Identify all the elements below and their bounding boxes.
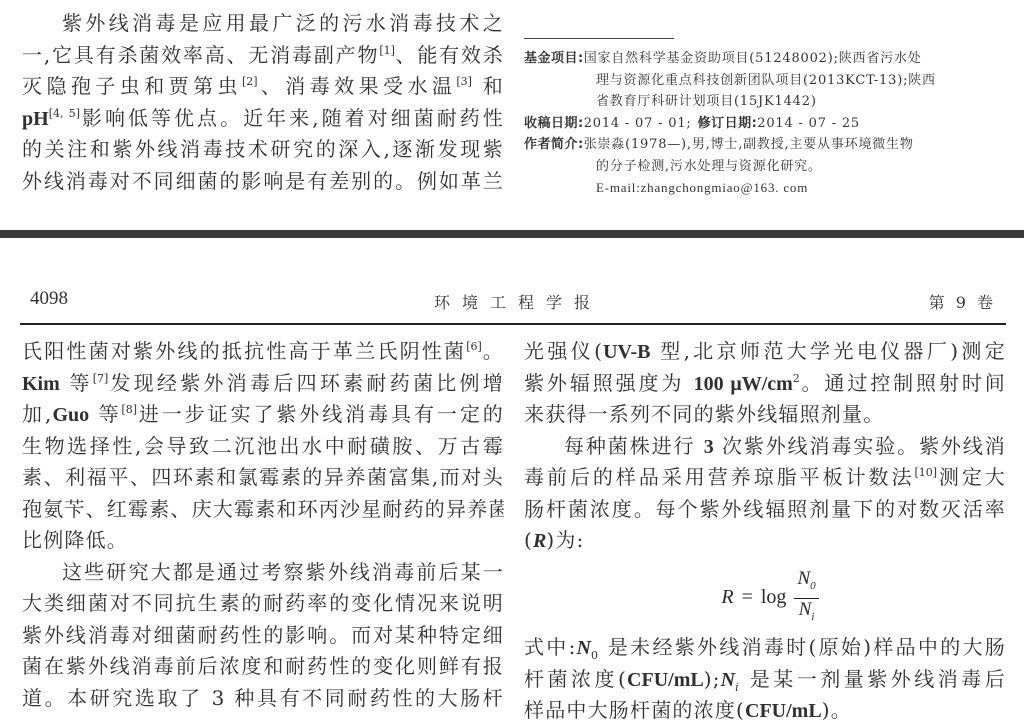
paragraph-line: 比例降低。 (22, 525, 504, 557)
current-page: 4098 环境工程学报 第 9 卷 氏阳性菌对紫外线的抵抗性高于革兰氏阴性菌[6… (0, 238, 1024, 728)
fund-line: 省教育厅科研计划项目(15JK1442) (524, 91, 1014, 113)
irradiance-value: 100 μW/cm (694, 373, 793, 395)
text-run: 影响低等优点。近年来,随着对细菌耐药性 (80, 106, 504, 130)
math-subscript: 0 (810, 580, 816, 592)
text-run: 光强仪( (524, 339, 603, 363)
citation-ref: [3] (456, 75, 472, 88)
text-run: ( (524, 528, 533, 552)
author-name: Guo (53, 404, 90, 426)
math-variable: N (797, 568, 810, 589)
fraction-numerator: N0 (794, 568, 818, 599)
author-line: 张崇淼(1978—),男,博士,副教授,主要从事环境微生物 (584, 134, 914, 156)
paragraph-line: 素、利福平、四环素和氯霉素的异养菌富集,而对头 (22, 462, 504, 494)
fund-label: 基金项目: (524, 48, 584, 70)
paragraph-line: 式中:N0 是未经紫外线消毒时(原始)样品中的大肠 (524, 632, 1006, 664)
unit-label: CFU/mL (745, 700, 822, 722)
previous-page-fragment: 紫外线消毒是应用最广泛的污水消毒技术之 一,它具有杀菌效率高、无消毒副产物[1]… (0, 0, 1024, 230)
dates-row: 收稿日期: 2014 - 07 - 01; 修订日期: 2014 - 07 - … (524, 113, 1014, 135)
paragraph-line: 杆菌浓度(CFU/mL);Ni 是某一剂量紫外线消毒后 (524, 664, 1006, 696)
footnote-rule (524, 38, 674, 39)
instrument-model: UV-B (603, 341, 650, 363)
text-run: 等 (60, 371, 93, 395)
math-subscript: 0 (591, 649, 599, 662)
paragraph-line: 灭隐孢子虫和贾第虫[2]、消毒效果受水温[3] 和 (22, 71, 504, 103)
body-left-column: 氏阳性菌对紫外线的抵抗性高于革兰氏阴性菌[6]。 Kim 等[7]发现经紫外消毒… (22, 336, 504, 714)
unit-label: CFU/mL (627, 669, 704, 691)
paragraph-line: 这些研究大都是通过考察紫外线消毒前后某一 (22, 557, 504, 589)
citation-ref: [8] (121, 403, 137, 416)
formula-equals: = (742, 586, 753, 609)
text-run: 杆菌浓度( (524, 667, 627, 691)
count-value: 3 (704, 436, 714, 458)
paragraph-line: Kim 等[7]发现经紫外消毒后四环素耐药菌比例增 (22, 368, 504, 400)
paragraph-line: 氏阳性菌对紫外线的抵抗性高于革兰氏阴性菌[6]。 (22, 336, 504, 368)
volume-label: 第 9 卷 (929, 290, 996, 313)
paragraph-line: 每种菌株进行 3 次紫外线消毒实验。紫外线消 (524, 431, 1006, 463)
text-run: 式中: (524, 635, 577, 659)
paragraph-line: 紫外线消毒对细菌耐药性的影响。而对某种特定细 (22, 620, 504, 652)
paragraph-line: 生物选择性,会导致二沉池出水中耐磺胺、万古霉 (22, 431, 504, 463)
paragraph-line: pH[4, 5]影响低等优点。近年来,随着对细菌耐药性 (22, 103, 504, 135)
fund-line: 理与资源化重点科技创新团队项目(2013KCT-13);陕西 (524, 70, 1014, 92)
author-name: Kim (22, 373, 60, 395)
page-separator (0, 230, 1024, 238)
received-label: 收稿日期: (524, 113, 584, 135)
text-run: 加, (22, 402, 53, 426)
citation-ref: [4, 5] (49, 107, 80, 120)
paragraph-line: 的关注和紫外线消毒技术研究的深入,逐渐发现紫 (22, 134, 504, 166)
text-run: 次紫外线消毒实验。紫外线消 (714, 434, 1006, 458)
text-run: 氏阳性菌对紫外线的抵抗性高于革兰氏阴性菌 (22, 339, 466, 363)
formula-log: log (761, 586, 787, 609)
text-run: 每种菌株进行 (564, 434, 704, 458)
log-inactivation-formula: R = log N0 Ni (524, 568, 1006, 628)
citation-ref: [10] (914, 466, 937, 479)
footnote-block: 基金项目: 国家自然科学基金资助项目(51248002);陕西省污水处 理与资源… (524, 48, 1014, 199)
formula-lhs: R (721, 586, 733, 609)
text-run: 紫外辐照强度为 (524, 371, 694, 395)
text-run: 毒前后的样品采用营养琼脂平板计数法 (524, 465, 914, 489)
paragraph-line: 紫外线消毒是应用最广泛的污水消毒技术之 (22, 8, 504, 40)
citation-ref: [1] (379, 44, 395, 57)
paragraph-line: 加,Guo 等[8]进一步证实了紫外线消毒具有一定的 (22, 399, 504, 431)
text-run: 是某一剂量紫外线消毒后 (740, 667, 1006, 691)
math-variable: N (721, 669, 735, 691)
top-left-column: 紫外线消毒是应用最广泛的污水消毒技术之 一,它具有杀菌效率高、无消毒副产物[1]… (22, 8, 504, 197)
paragraph-line: 菌在紫外线消毒前后浓度和耐药性的变化则鲜有报 (22, 651, 504, 683)
paragraph-line: 外线消毒对不同细菌的影响是有差别的。例如革兰 (22, 166, 504, 198)
paragraph-line: 肠杆菌浓度。每个紫外线辐照剂量下的对数灭活率 (524, 494, 1006, 526)
paragraph-line: 毒前后的样品采用营养琼脂平板计数法[10]测定大 (524, 462, 1006, 494)
text-run: 测定大 (937, 465, 1006, 489)
citation-ref: [6] (466, 340, 482, 353)
text-run: 发现经紫外消毒后四环素耐药菌比例增 (108, 371, 504, 395)
revised-label: 修订日期: (698, 113, 758, 135)
text-run: )。 (822, 698, 852, 722)
text-run: 是未经紫外线消毒时(原始)样品中的大肠 (599, 635, 1006, 659)
author-label: 作者简介: (524, 134, 584, 156)
paragraph-line: 样品中大肠杆菌的浓度(CFU/mL)。 (524, 695, 1006, 727)
fraction-denominator: Ni (799, 599, 815, 628)
author-line: 的分子检测,污水处理与资源化研究。 (524, 156, 1014, 178)
text-run: 、能有效杀 (395, 43, 504, 67)
paragraph-line: 紫外辐照强度为 100 μW/cm2。通过控制照射时间 (524, 368, 1006, 400)
paragraph-line: 一,它具有杀菌效率高、无消毒副产物[1]、能有效杀 (22, 40, 504, 72)
fund-line: 国家自然科学基金资助项目(51248002);陕西省污水处 (584, 48, 922, 70)
body-right-column: 光强仪(UV-B 型,北京师范大学光电仪器厂)测定 紫外辐照强度为 100 μW… (524, 336, 1006, 557)
received-value: 2014 - 07 - 01; (584, 113, 692, 135)
ph-term: pH (22, 108, 49, 130)
text-run: 进一步证实了紫外线消毒具有一定的 (137, 402, 504, 426)
revised-value: 2014 - 07 - 25 (757, 113, 860, 135)
math-variable: R (533, 530, 546, 552)
journal-title: 环境工程学报 (30, 290, 1006, 313)
author-row: 作者简介: 张崇淼(1978—),男,博士,副教授,主要从事环境微生物 (524, 134, 1014, 156)
text-run: 样品中大肠杆菌的浓度( (524, 698, 745, 722)
body-right-column-continued: 式中:N0 是未经紫外线消毒时(原始)样品中的大肠 杆菌浓度(CFU/mL);N… (524, 632, 1006, 727)
paragraph-line: 来获得一系列不同的紫外线辐照剂量。 (524, 399, 1006, 431)
header-rule (20, 323, 1006, 325)
paragraph-line: (R)为: (524, 525, 1006, 557)
paragraph-line: 大类细菌对不同抗生素的耐药率的变化情况来说明 (22, 588, 504, 620)
running-head: 4098 环境工程学报 第 9 卷 (30, 288, 1006, 316)
paragraph-line: 孢氨苄、红霉素、庆大霉素和环丙沙星耐药的异养菌 (22, 494, 504, 526)
math-variable: N (577, 637, 591, 659)
text-run: 和 (472, 74, 504, 98)
text-run: 型,北京师范大学光电仪器厂)测定 (651, 339, 1007, 363)
paragraph-line: 光强仪(UV-B 型,北京师范大学光电仪器厂)测定 (524, 336, 1006, 368)
fund-row: 基金项目: 国家自然科学基金资助项目(51248002);陕西省污水处 (524, 48, 1014, 70)
text-run: )为: (546, 528, 584, 552)
text-run: 灭隐孢子虫和贾第虫 (22, 74, 242, 98)
paragraph-line: 道。本研究选取了 3 种具有不同耐药性的大肠杆 (22, 683, 504, 715)
math-variable: N (799, 599, 812, 620)
text-run: ); (704, 667, 721, 691)
citation-ref: [7] (93, 372, 109, 385)
citation-ref: [2] (242, 75, 258, 88)
math-subscript: i (811, 611, 814, 623)
unit-exponent: 2 (793, 372, 800, 385)
text-run: 等 (89, 402, 121, 426)
author-email[interactable]: E-mail:zhangchongmiao@163. com (524, 177, 1014, 199)
text-run: 。 (482, 339, 504, 363)
text-run: 。通过控制照射时间 (800, 371, 1006, 395)
text-run: 、消毒效果受水温 (258, 74, 457, 98)
text-run: 一,它具有杀菌效率高、无消毒副产物 (22, 43, 379, 67)
formula-fraction: N0 Ni (794, 568, 818, 628)
